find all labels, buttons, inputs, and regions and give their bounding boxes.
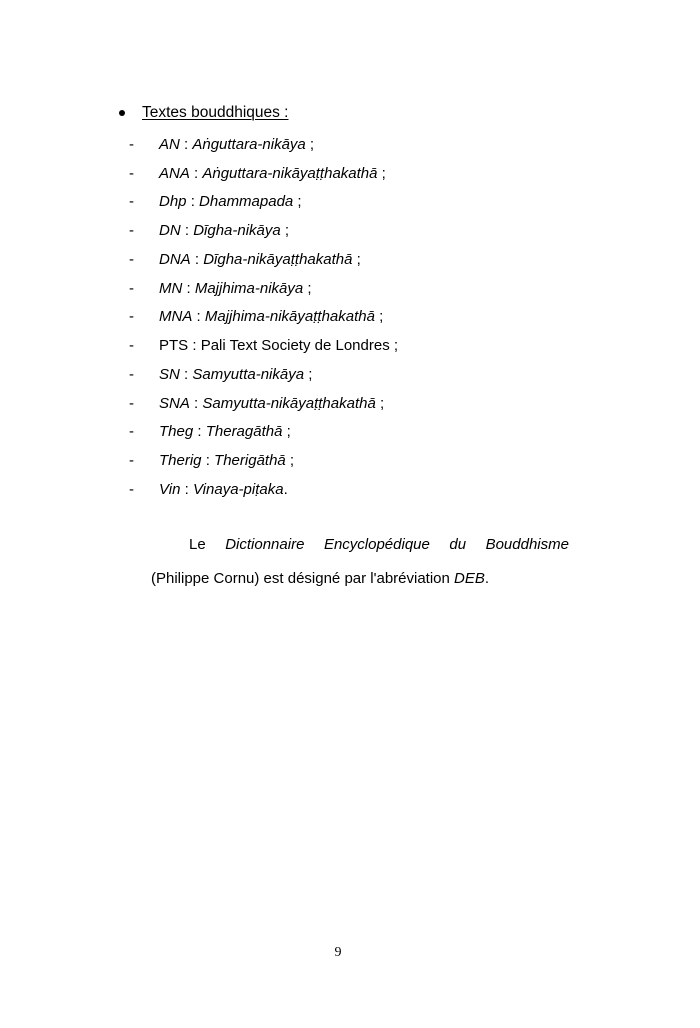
full-title: Aṅguttara-nikāyaṭṭhakathā [202, 165, 377, 182]
abbreviation-entry: Theg : Theragāthā ; [159, 423, 291, 440]
full-title: Dīgha-nikāya [193, 222, 281, 239]
separator: : [180, 136, 193, 153]
abbreviation-deb: DEB [454, 570, 485, 587]
paragraph-word: du [449, 528, 466, 562]
abbreviation: Vin [159, 481, 180, 498]
terminator: ; [352, 251, 360, 268]
terminator: ; [377, 165, 385, 182]
separator: : [182, 280, 195, 297]
abbreviation-entry: Vin : Vinaya-piṭaka. [159, 481, 288, 498]
dash-marker: - [129, 395, 143, 412]
abbreviation-entry: SN : Samyutta-nikāya ; [159, 366, 312, 383]
paragraph-line-2: (Philippe Cornu) est désigné par l'abrév… [151, 562, 569, 596]
paragraph-word: Dictionnaire [225, 528, 304, 562]
separator: : [187, 193, 200, 210]
terminator: . [284, 481, 288, 498]
full-title: Majjhima-nikāyaṭṭhakathā [205, 308, 375, 325]
dash-marker: - [129, 308, 143, 325]
terminator: ; [376, 395, 384, 412]
separator: : [188, 337, 201, 354]
terminator: ; [286, 452, 294, 469]
abbreviation: DN [159, 222, 181, 239]
dash-marker: - [129, 251, 143, 268]
abbreviation: PTS [159, 337, 188, 354]
abbreviation: AN [159, 136, 180, 153]
dash-marker: - [129, 193, 143, 210]
dash-marker: - [129, 222, 143, 239]
paragraph-end: . [485, 570, 489, 587]
abbreviation-entry: SNA : Samyutta-nikāyaṭṭhakathā ; [159, 395, 384, 412]
terminator: ; [293, 193, 301, 210]
full-title: Samyutta-nikāya [192, 366, 304, 383]
terminator: ; [375, 308, 383, 325]
full-title: Theragāthā [206, 423, 283, 440]
abbreviation-entry: PTS : Pali Text Society de Londres ; [159, 337, 398, 354]
abbreviation: MNA [159, 308, 192, 325]
page-number: 9 [0, 945, 676, 961]
separator: : [190, 165, 203, 182]
dash-marker: - [129, 136, 143, 153]
abbreviation: Dhp [159, 193, 187, 210]
dash-marker: - [129, 481, 143, 498]
dash-marker: - [129, 337, 143, 354]
separator: : [180, 366, 193, 383]
paragraph: LeDictionnaireEncyclopédiqueduBouddhisme… [151, 528, 569, 596]
separator: : [192, 308, 205, 325]
dash-marker: - [129, 165, 143, 182]
terminator: ; [304, 366, 312, 383]
full-title: Dhammapada [199, 193, 293, 210]
terminator: ; [282, 423, 290, 440]
abbreviation: Theg [159, 423, 193, 440]
abbreviation: MN [159, 280, 182, 297]
terminator: ; [306, 136, 314, 153]
full-title: Samyutta-nikāyaṭṭhakathā [202, 395, 375, 412]
dash-marker: - [129, 366, 143, 383]
abbreviation-entry: ANA : Aṅguttara-nikāyaṭṭhakathā ; [159, 165, 386, 182]
abbreviation-entry: DN : Dīgha-nikāya ; [159, 222, 289, 239]
full-title: Dīgha-nikāyaṭṭhakathā [203, 251, 352, 268]
paragraph-word: Bouddhisme [486, 528, 569, 562]
paragraph-text: (Philippe Cornu) est désigné par l'abrév… [151, 570, 454, 587]
bullet-icon [119, 110, 125, 116]
abbreviation: ANA [159, 165, 190, 182]
paragraph-line-1: LeDictionnaireEncyclopédiqueduBouddhisme [151, 528, 569, 562]
dash-marker: - [129, 423, 143, 440]
abbreviation: Therig [159, 452, 202, 469]
full-title: Pali Text Society de Londres [201, 337, 390, 354]
abbreviation: SN [159, 366, 180, 383]
separator: : [181, 222, 194, 239]
dash-marker: - [129, 452, 143, 469]
document-page: Textes bouddhiques : -AN : Aṅguttara-nik… [0, 0, 700, 1028]
full-title: Aṅguttara-nikāya [192, 136, 305, 153]
terminator: ; [281, 222, 289, 239]
terminator: ; [303, 280, 311, 297]
separator: : [202, 452, 215, 469]
abbreviation: SNA [159, 395, 190, 412]
separator: : [180, 481, 193, 498]
abbreviation: DNA [159, 251, 191, 268]
separator: : [191, 251, 204, 268]
separator: : [193, 423, 206, 440]
paragraph-word: Le [189, 528, 206, 562]
separator: : [190, 395, 203, 412]
terminator: ; [390, 337, 398, 354]
heading-text: Textes bouddhiques : [142, 104, 289, 122]
section-heading: Textes bouddhiques : [116, 101, 289, 125]
full-title: Majjhima-nikāya [195, 280, 303, 297]
abbreviation-entry: AN : Aṅguttara-nikāya ; [159, 136, 314, 153]
full-title: Therigāthā [214, 452, 286, 469]
abbreviation-entry: Dhp : Dhammapada ; [159, 193, 302, 210]
paragraph-word: Encyclopédique [324, 528, 430, 562]
abbreviation-entry: MN : Majjhima-nikāya ; [159, 280, 312, 297]
full-title: Vinaya-piṭaka [193, 481, 284, 498]
abbreviation-entry: MNA : Majjhima-nikāyaṭṭhakathā ; [159, 308, 383, 325]
abbreviation-entry: DNA : Dīgha-nikāyaṭṭhakathā ; [159, 251, 361, 268]
abbreviation-entry: Therig : Therigāthā ; [159, 452, 294, 469]
dash-marker: - [129, 280, 143, 297]
